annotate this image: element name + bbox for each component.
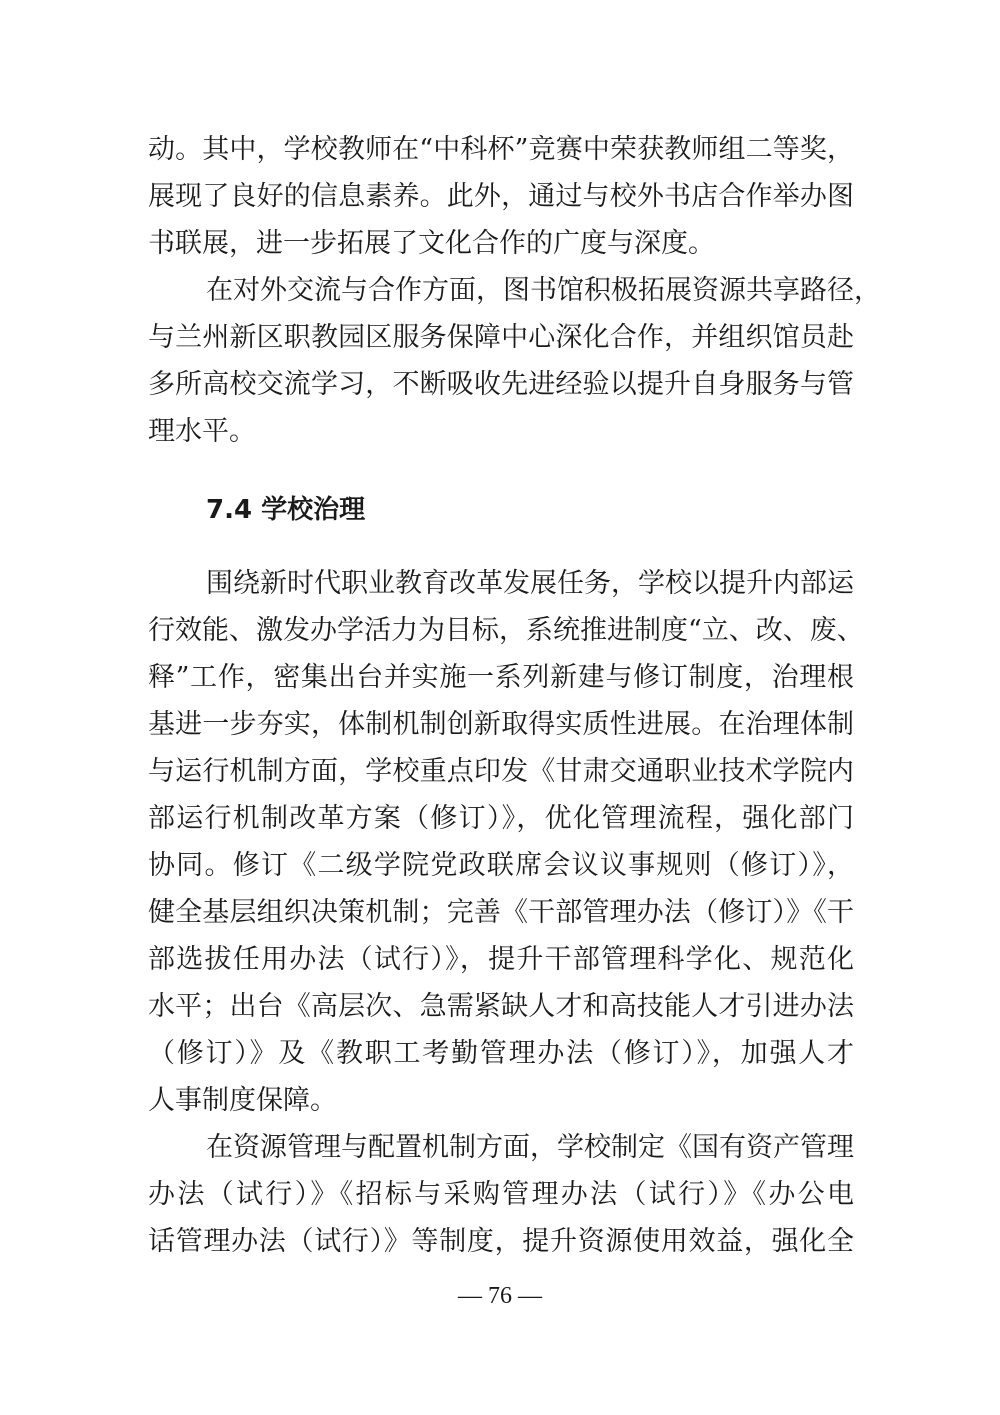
document-page: 动。其中，学校教师在“中科杯”竞赛中荣获教师组二等奖， 展现了良好的信息素养。此…	[0, 0, 1000, 1415]
paragraph-3-line-6: 部运行机制改革方案（修订）》，优化管理流程，强化部门	[148, 795, 854, 842]
paragraph-4-line-3: 话管理办法（试行）》等制度，提升资源使用效益，强化全	[148, 1218, 854, 1265]
paragraph-3-line-12: 人事制度保障。	[148, 1077, 854, 1124]
paragraph-3-line-10: 水平；出台《高层次、急需紧缺人才和高技能人才引进办法	[148, 983, 854, 1030]
paragraph-2-line-1: 在对外交流与合作方面，图书馆积极拓展资源共享路径，	[206, 267, 854, 314]
paragraph-3-line-1: 围绕新时代职业教育改革发展任务，学校以提升内部运	[206, 560, 854, 607]
page-number: — 76 —	[0, 1283, 1000, 1310]
paragraph-3-line-7: 协同。修订《二级学院党政联席会议议事规则（修订）》，	[148, 842, 854, 889]
section-heading: 7.4 学校治理	[206, 490, 365, 530]
paragraph-3-line-2: 行效能、激发办学活力为目标，系统推进制度“立、改、废、	[148, 607, 854, 654]
paragraph-3-line-4: 基进一步夯实，体制机制创新取得实质性进展。在治理体制	[148, 701, 854, 748]
paragraph-4-line-2: 办法（试行）》《招标与采购管理办法（试行）》《办公电	[148, 1171, 854, 1218]
paragraph-1-line-1: 动。其中，学校教师在“中科杯”竞赛中荣获教师组二等奖，	[148, 126, 854, 173]
paragraph-3-line-5: 与运行机制方面，学校重点印发《甘肃交通职业技术学院内	[148, 748, 854, 795]
paragraph-4-line-1: 在资源管理与配置机制方面，学校制定《国有资产管理	[206, 1124, 854, 1171]
paragraph-3-line-11: （修订）》及《教职工考勤管理办法（修订）》，加强人才	[148, 1030, 854, 1077]
paragraph-3-line-8: 健全基层组织决策机制；完善《干部管理办法（修订）》《干	[148, 889, 854, 936]
paragraph-2-line-4: 理水平。	[148, 408, 854, 455]
paragraph-2-line-3: 多所高校交流学习，不断吸收先进经验以提升自身服务与管	[148, 361, 854, 408]
paragraph-3-line-3: 释”工作，密集出台并实施一系列新建与修订制度，治理根	[148, 654, 854, 701]
paragraph-1-line-3: 书联展，进一步拓展了文化合作的广度与深度。	[148, 220, 854, 267]
paragraph-3-line-9: 部选拔任用办法（试行）》，提升干部管理科学化、规范化	[148, 936, 854, 983]
paragraph-2-line-2: 与兰州新区职教园区服务保障中心深化合作，并组织馆员赴	[148, 314, 854, 361]
paragraph-1-line-2: 展现了良好的信息素养。此外，通过与校外书店合作举办图	[148, 173, 854, 220]
